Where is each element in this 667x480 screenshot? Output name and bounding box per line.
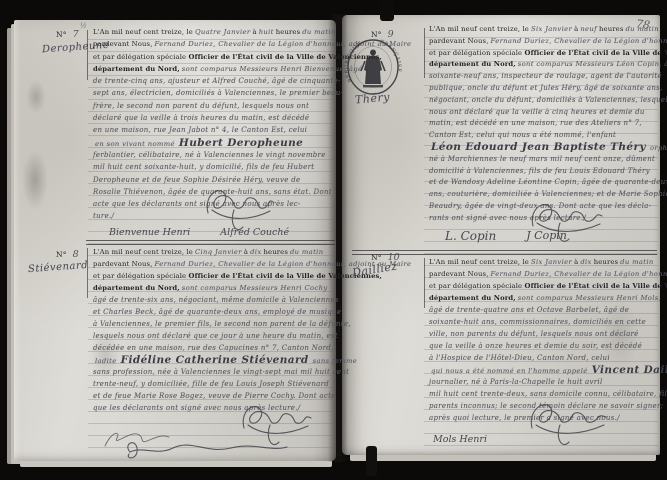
handwritten-line: journalier, né à Paris-la-Chapelle le hu… bbox=[429, 376, 659, 388]
printed-line: département du Nord,sont comparus Messie… bbox=[93, 63, 335, 75]
deceased-name: Vincent Dailliez bbox=[590, 364, 667, 376]
handwritten-line: matin, est décédé en une maison, rue des… bbox=[429, 118, 659, 130]
printed-line: pardevant Nous,Fernand Duriez, Chevalier… bbox=[93, 38, 335, 50]
no-label: N° bbox=[56, 30, 67, 39]
witness-signature: L. Copin bbox=[445, 229, 496, 243]
hour-fill: huit bbox=[257, 28, 276, 36]
handwritten-line: âgé de trente-six ans, négociant, même d… bbox=[93, 294, 335, 306]
register-photo: ½ 78 N°7 Deropheune L'An mil neuf cent t… bbox=[0, 0, 667, 480]
handwritten-line: sept ans, électricien, domiciliés à Vale… bbox=[93, 87, 335, 99]
handwritten-line: frère, le second non parent du défunt, l… bbox=[93, 100, 335, 112]
printed-line: département du Nord,sont comparus Messie… bbox=[429, 59, 659, 71]
printed-line: département du Nord,sont comparus Messie… bbox=[429, 292, 659, 304]
handwritten-line: lesquels nous ont déclaré que ce jour à … bbox=[93, 330, 335, 342]
deceased-name-line: Léon Edouard Jean Baptiste Théryorphelin bbox=[429, 142, 659, 154]
deceased-name: Fidéline Catherine Stiévenard bbox=[119, 354, 311, 366]
printed-line: pardevant Nous,Fernand Duriez, Chevalier… bbox=[93, 258, 335, 270]
handwritten-line: et de Wandosy Adeline Léontine Copin, âg… bbox=[429, 177, 659, 189]
handwritten-line: trente-neuf, y domiciliée, fille de feu … bbox=[93, 378, 335, 390]
officiant-signature-flourish bbox=[196, 183, 276, 235]
printed-line: et par délégation spéciale Officier de l… bbox=[429, 48, 659, 60]
witness-signature: Mols Henri bbox=[433, 434, 487, 445]
handwritten-line: décédée en une maison, rue des Capucines… bbox=[93, 342, 335, 354]
entry-start-rule bbox=[87, 30, 88, 80]
handwritten-line: à l'Hospice de l'Hôtel-Dieu, Canton Nord… bbox=[429, 352, 659, 364]
entry-number: 8 bbox=[67, 249, 79, 260]
handwritten-line: ferblantier, célibataire, né à Valencien… bbox=[93, 149, 335, 161]
entry-start-rule bbox=[424, 28, 425, 78]
printed-line: pardevant Nous,Fernand Duriez, Chevalier… bbox=[429, 268, 659, 280]
handwritten-line: soixante-huit ans, commissionnaires, dom… bbox=[429, 316, 659, 328]
republique-francaise-stamp: RÉPUBLIQUE FRANÇAISE bbox=[344, 37, 402, 99]
entry-8: L'An mil neuf cent treize, leCinq Janvie… bbox=[93, 246, 335, 414]
deceased-name: Hubert Deropheune bbox=[177, 137, 305, 149]
handwritten-line: ville, non parents du défunt, lesquels n… bbox=[429, 328, 659, 340]
deceased-name: Léon Edouard Jean Baptiste Théry bbox=[429, 141, 648, 153]
witness-signature-scribble bbox=[95, 424, 291, 460]
hour-fill: neuf bbox=[578, 25, 599, 33]
handwritten-line: de trente-cinq ans, ajusteur et Alfred C… bbox=[93, 75, 335, 87]
hour-fill: dix bbox=[248, 248, 263, 256]
officiant-signature-flourish bbox=[518, 398, 614, 450]
date-fill: Quatre Janvier bbox=[193, 28, 253, 36]
officiant-fill: Fernand Duriez, Chevalier de la Légion d… bbox=[489, 37, 667, 45]
deceased-name-line: qui nous a été nommé en l'homme appeléVi… bbox=[429, 364, 659, 376]
officiant-signature-flourish bbox=[520, 198, 608, 246]
date-fill: Cinq Janvier bbox=[193, 248, 244, 256]
date-fill: Six Janvier bbox=[529, 258, 574, 266]
date-fill: Six Janvier bbox=[529, 25, 574, 33]
printed-line: et par délégation spéciale Officier de l… bbox=[429, 280, 659, 292]
handwritten-line: soixante-neuf ans, inspecteur de roulage… bbox=[429, 71, 659, 83]
handwritten-line: né à Marchiennes le neuf mars mil neuf c… bbox=[429, 154, 659, 166]
hour-fill: dix bbox=[578, 258, 593, 266]
handwritten-line: négociant, oncle du défunt, domiciliés à… bbox=[429, 95, 659, 107]
deceased-name-line: en son vivant nomméHubert Deropheune bbox=[93, 137, 335, 149]
svg-text:RÉPUBLIQUE: RÉPUBLIQUE bbox=[344, 41, 363, 83]
entry-7-margin-number: N°7 bbox=[56, 29, 79, 40]
entry-start-rule bbox=[424, 258, 425, 308]
handwritten-line: domicilié à Valenciennes, fils de feu Lo… bbox=[429, 166, 659, 178]
printed-line: L'An mil neuf cent treize, leSix Janvier… bbox=[429, 256, 659, 268]
svg-text:FRANÇAISE: FRANÇAISE bbox=[379, 39, 402, 72]
printed-line: et par délégation spéciale Officier de l… bbox=[93, 51, 335, 63]
handwritten-line: et Charles Beck, âgé de quarante-deux an… bbox=[93, 306, 335, 318]
handwritten-line: âgé de trente-quatre ans et Octave Barbe… bbox=[429, 304, 659, 316]
printed-line: pardevant Nous,Fernand Duriez, Chevalier… bbox=[429, 36, 659, 48]
pencil-mark: ½ bbox=[80, 22, 87, 30]
binding-ribbon-bottom bbox=[366, 446, 377, 476]
entry-divider bbox=[86, 240, 335, 245]
printed-line: et par délégation spéciale Officier de l… bbox=[93, 270, 335, 282]
printed-line: L'An mil neuf cent treize, leCinq Janvie… bbox=[93, 246, 335, 258]
witness-signature: Bienvenue Henri bbox=[109, 227, 190, 238]
stamp-text-left: RÉPUBLIQUE bbox=[344, 41, 363, 83]
handwritten-line: à Valenciennes, le premier fils, le seco… bbox=[93, 318, 335, 330]
entry-8-margin-number: N°8 bbox=[56, 249, 79, 260]
stamp-figure bbox=[361, 50, 385, 88]
handwritten-line: mil huit cent soixante-huit, y domicilié… bbox=[93, 161, 335, 173]
officiant-fill: Fernand Duriez, Chevalier de la Légion d… bbox=[489, 270, 667, 278]
handwritten-line: en une maison, rue Jean Jabot n° 4, le C… bbox=[93, 124, 335, 136]
binding-ribbon-top bbox=[380, 0, 394, 21]
handwritten-line: que la veille à onze heures et demie du … bbox=[429, 340, 659, 352]
printed-line: L'An mil neuf cent treize, leQuatre Janv… bbox=[93, 26, 335, 38]
handwritten-line: nous ont déclaré que la veille à cinq he… bbox=[429, 107, 659, 119]
stamp-text-right: FRANÇAISE bbox=[379, 39, 402, 72]
deceased-name-line: laditeFidéline Catherine Stiévenardsans … bbox=[93, 354, 335, 366]
handwritten-line: sans profession, née à Valenciennes le v… bbox=[93, 366, 335, 378]
handwritten-line: publique, oncle du défunt et Jules Héry,… bbox=[429, 83, 659, 95]
printed-line: L'An mil neuf cent treize, leSix Janvier… bbox=[429, 24, 659, 36]
handwritten-line: déclaré que la veille à trois heures du … bbox=[93, 112, 335, 124]
entry-number: 7 bbox=[67, 29, 79, 40]
printed-line: département du Nord,sont comparus Messie… bbox=[93, 282, 335, 294]
entry-start-rule bbox=[87, 248, 88, 298]
